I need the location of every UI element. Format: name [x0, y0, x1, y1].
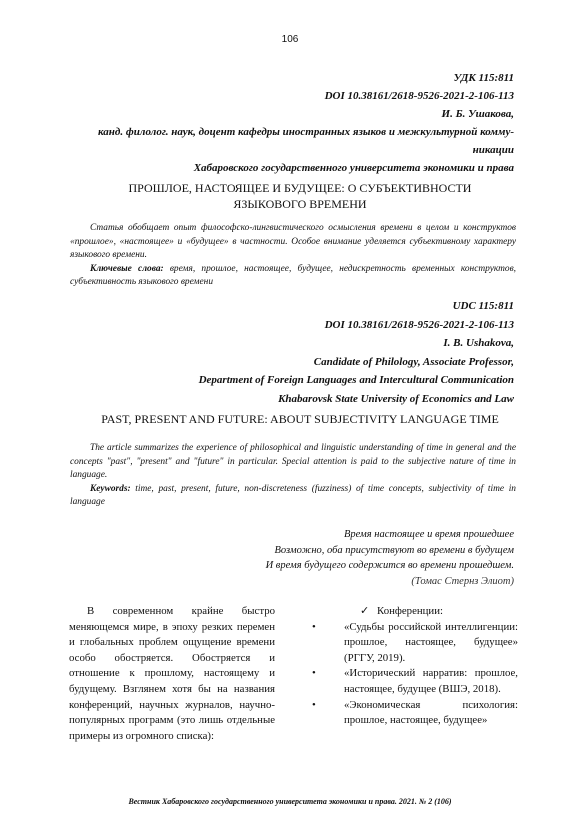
en-udc: UDC 115:811 — [54, 297, 514, 316]
epigraph-line: И время будущего содержится во времени п… — [174, 558, 514, 574]
bullet-icon: • — [312, 698, 316, 714]
bullet-icon: • — [312, 666, 316, 682]
ru-title: ПРОШЛОЕ, НАСТОЯЩЕЕ И БУДУЩЕЕ: О СУБЪЕКТИ… — [60, 180, 540, 212]
en-position: Candidate of Philology, Associate Profes… — [54, 353, 514, 372]
conferences-heading: ✓Конференции: — [312, 604, 518, 620]
ru-position-line1: канд. филолог. наук, доцент кафедры инос… — [54, 123, 514, 141]
en-abstract-text: The article summarizes the experience of… — [70, 442, 516, 483]
ru-udc: УДК 115:811 — [54, 69, 514, 87]
epigraph-line: Возможно, оба присутствуют во времени в … — [174, 543, 514, 559]
page-number: 106 — [0, 34, 580, 45]
bullet-icon: • — [312, 620, 316, 636]
en-department: Department of Foreign Languages and Inte… — [54, 371, 514, 390]
en-abstract: The article summarizes the experience of… — [70, 442, 516, 510]
ru-abstract: Статья обобщает опыт философско-лингвист… — [70, 222, 516, 290]
ru-keywords-label: Ключевые слова: — [90, 264, 164, 274]
body-right-column: ✓Конференции: • «Судьбы российской интел… — [312, 604, 518, 729]
en-affiliation: Khabarovsk State University of Economics… — [54, 390, 514, 409]
en-author: I. B. Ushakova, — [54, 334, 514, 353]
ru-position-line2: никации — [54, 141, 514, 159]
list-item-text: «Исторический нарратив: прошлое, настоящ… — [344, 667, 518, 695]
epigraph-line: Время настоящее и время прошедшее — [174, 527, 514, 543]
list-item-text: «Судьбы российской интеллигенции: прошло… — [344, 621, 518, 664]
body-paragraph: В современном крайне быстро меняющемся м… — [69, 604, 275, 744]
list-item: • «Исторический нарратив: прошлое, насто… — [312, 666, 518, 697]
ru-author: И. Б. Ушакова, — [54, 105, 514, 123]
ru-title-line2: ЯЗЫКОВОГО ВРЕМЕНИ — [60, 196, 540, 212]
ru-affiliation: Хабаровского государственного университе… — [54, 159, 514, 177]
en-keywords-label: Keywords: — [90, 484, 131, 494]
en-keywords-text: time, past, present, future, non-discret… — [70, 484, 516, 508]
en-header-block: UDC 115:811 DOI 10.38161/2618-9526-2021-… — [54, 297, 514, 408]
conferences-heading-text: Конференции: — [377, 605, 443, 617]
en-keywords: Keywords: time, past, present, future, n… — [70, 483, 516, 510]
list-item-text: «Экономическая психология: прошлое, наст… — [344, 699, 518, 727]
ru-title-line1: ПРОШЛОЕ, НАСТОЯЩЕЕ И БУДУЩЕЕ: О СУБЪЕКТИ… — [60, 180, 540, 196]
epigraph: Время настоящее и время прошедшее Возмож… — [174, 527, 514, 589]
journal-footer: Вестник Хабаровского государственного ун… — [0, 797, 580, 806]
ru-header-block: УДК 115:811 DOI 10.38161/2618-9526-2021-… — [54, 69, 514, 177]
list-item: • «Экономическая психология: прошлое, на… — [312, 698, 518, 729]
body-left-column: В современном крайне быстро меняющемся м… — [69, 604, 275, 744]
ru-keywords: Ключевые слова: время, прошлое, настояще… — [70, 263, 516, 290]
en-title: PAST, PRESENT AND FUTURE: ABOUT SUBJECTI… — [60, 411, 540, 427]
list-item: • «Судьбы российской интеллигенции: прош… — [312, 620, 518, 667]
ru-doi: DOI 10.38161/2618-9526-2021-2-106-113 — [54, 87, 514, 105]
epigraph-author: (Томас Стернз Элиот) — [174, 574, 514, 590]
en-doi: DOI 10.38161/2618-9526-2021-2-106-113 — [54, 316, 514, 335]
checkmark-icon: ✓ — [360, 605, 369, 617]
ru-abstract-text: Статья обобщает опыт философско-лингвист… — [70, 222, 516, 263]
